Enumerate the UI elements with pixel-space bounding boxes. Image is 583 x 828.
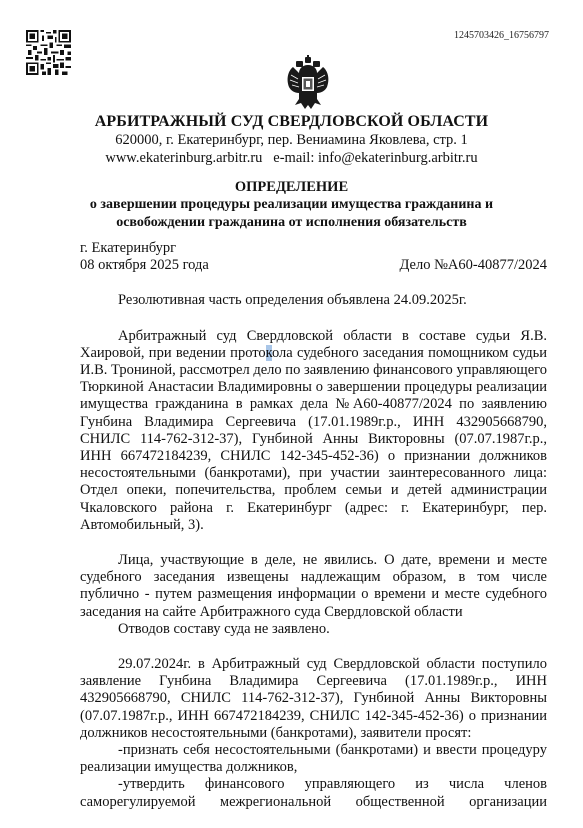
decision-date: 08 октября 2025 года	[80, 257, 209, 274]
case-number: Дело №А60-40877/2024	[399, 257, 547, 274]
court-name: АРБИТРАЖНЫЙ СУД СВЕРДЛОВСКОЙ ОБЛАСТИ	[0, 112, 583, 131]
paragraph-4: 29.07.2024г. в Арбитражный суд Свердловс…	[80, 656, 547, 742]
court-email-link[interactable]: e-mail: info@ekaterinburg.arbitr.ru	[273, 150, 477, 166]
coat-of-arms-icon	[285, 55, 331, 111]
court-header: АРБИТРАЖНЫЙ СУД СВЕРДЛОВСКОЙ ОБЛАСТИ 620…	[0, 112, 583, 167]
qr-code-icon	[26, 30, 71, 75]
date-case-row: 08 октября 2025 года Дело №А60-40877/202…	[80, 257, 547, 274]
paragraph-3: Отводов составу суда не заявлено.	[80, 621, 547, 638]
request-1: -признать себя несостоятельными (банкрот…	[80, 742, 547, 776]
request-2: -утвердить финансового управляющего из ч…	[80, 776, 547, 810]
document-id: 1245703426_16756797	[454, 30, 549, 41]
document-body: г. Екатеринбург 08 октября 2025 года Дел…	[80, 240, 547, 811]
city: г. Екатеринбург	[80, 240, 547, 257]
paragraph-2: Лица, участвующие в деле, не явились. О …	[80, 552, 547, 621]
document-subject-line-2: освобождении гражданина от исполнения об…	[0, 214, 583, 232]
resolution-note: Резолютивная часть определения объявлена…	[80, 292, 547, 309]
document-title: ОПРЕДЕЛЕНИЕ о завершении процедуры реали…	[0, 178, 583, 231]
paragraph-1[interactable]: Арбитражный суд Свердловской области в с…	[80, 328, 547, 534]
court-contacts: www.ekaterinburg.arbitr.ru e-mail: info@…	[0, 149, 583, 167]
document-type: ОПРЕДЕЛЕНИЕ	[0, 178, 583, 196]
document-subject-line-1: о завершении процедуры реализации имущес…	[0, 196, 583, 214]
court-address: 620000, г. Екатеринбург, пер. Вениамина …	[0, 131, 583, 149]
court-website-link[interactable]: www.ekaterinburg.arbitr.ru	[105, 150, 262, 166]
